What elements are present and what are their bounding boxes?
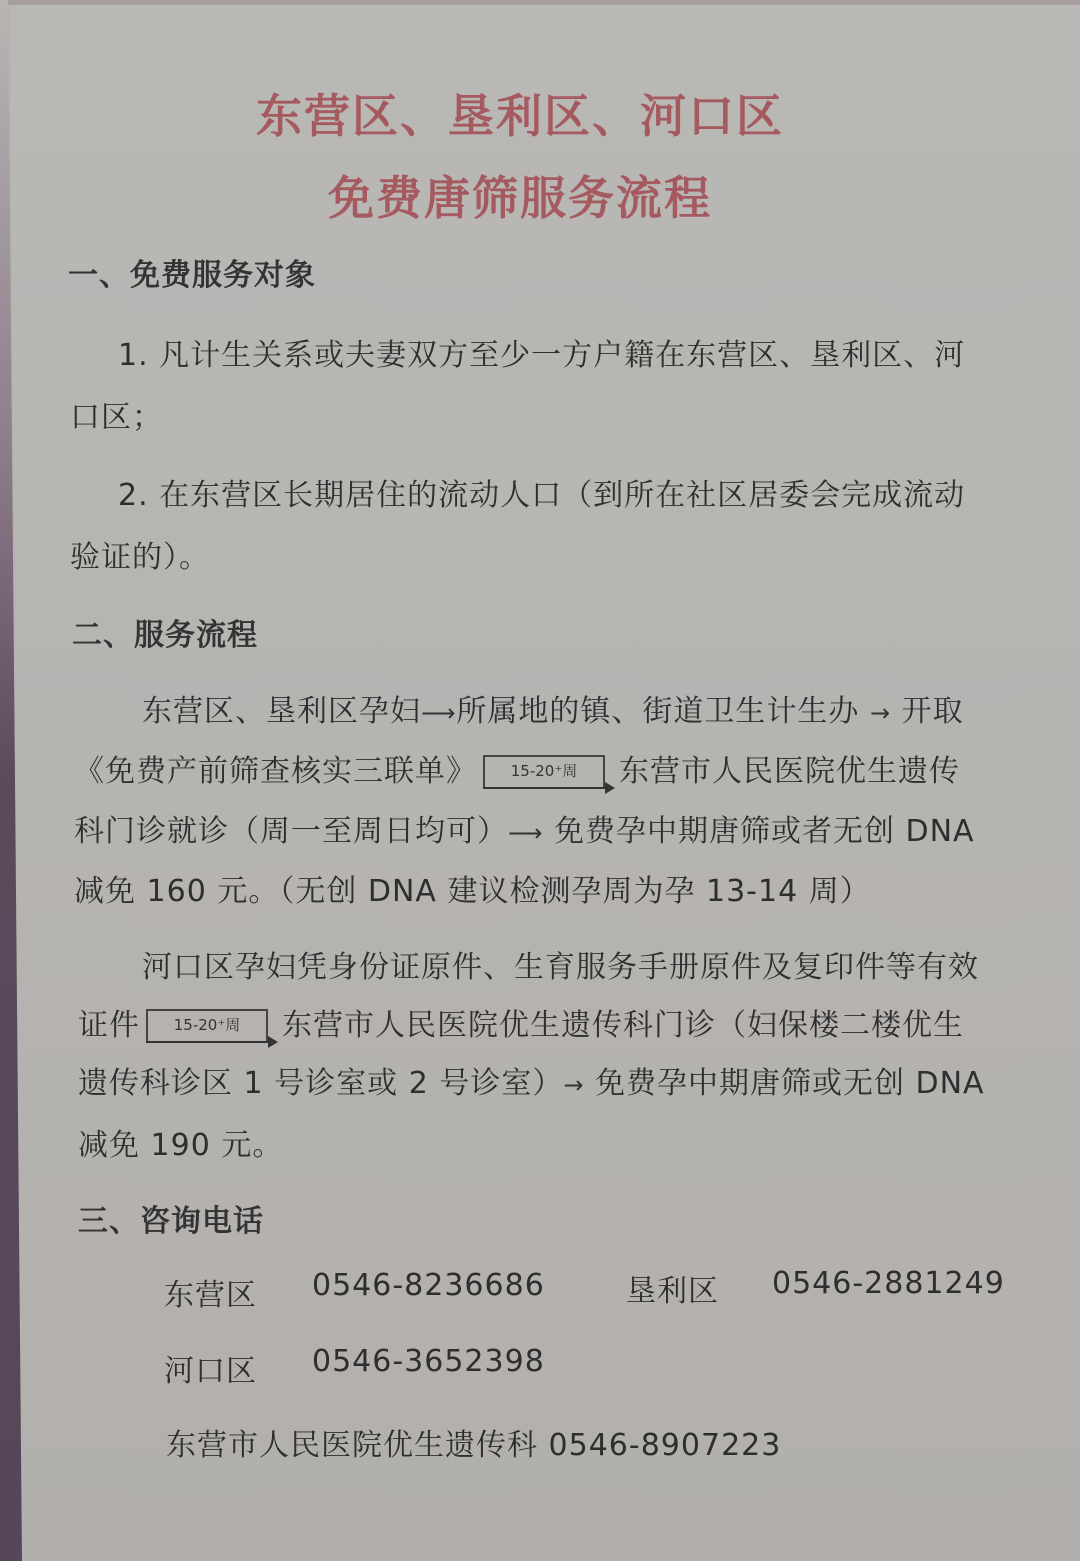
flow2-line4: 减免 190 元。: [78, 1120, 283, 1164]
flow2-line1: 河口区孕妇凭身份证原件、生育服务手册原件及复印件等有效: [142, 942, 979, 986]
flow2-screening: 免费孕中期唐筛或无创 DNA: [595, 1066, 985, 1101]
arrow-icon: →: [563, 1071, 584, 1099]
section2-heading: 二、服务流程: [72, 610, 258, 654]
arrow-line: [146, 1041, 270, 1043]
arrow-head-icon: [268, 1036, 278, 1048]
section1-item1-line2: 口区；: [70, 392, 163, 436]
flow1-form-name: 《免费产前筛查核实三联单》: [74, 754, 477, 789]
flow1-clinic-visit: 科门诊就诊（周一至周日均可）: [74, 814, 508, 849]
flow1-line1: 东营区、垦利区孕妇⟶所属地的镇、街道卫生计生办 → 开取: [142, 686, 964, 730]
flow2-line3: 遗传科诊区 1 号诊室或 2 号诊室）→ 免费孕中期唐筛或无创 DNA: [78, 1058, 985, 1102]
arrow-icon: ⟶: [421, 699, 456, 727]
flow2-week-arrow-box: 15-20⁺周: [146, 1009, 266, 1045]
gestation-week-label: 15-20⁺周: [483, 755, 605, 787]
contact-phone-kenli[interactable]: 0546-2881249: [772, 1266, 1005, 1301]
contact-name-kenli: 垦利区: [626, 1266, 719, 1310]
section1-heading: 一、免费服务对象: [68, 250, 316, 294]
flow2-clinic-rooms: 遗传科诊区 1 号诊室或 2 号诊室）: [78, 1066, 563, 1101]
flow1-step-health-office: 所属地的镇、街道卫生计生办: [456, 694, 859, 729]
flow1-step-obtain: 开取: [902, 694, 964, 729]
flow2-hospital: 东营市人民医院优生遗传科门诊（妇保楼二楼优生: [282, 1008, 964, 1043]
flow1-step-pregnant-women: 东营区、垦利区孕妇: [142, 694, 421, 729]
section1-item2-line1: 2. 在东营区长期居住的流动人口（到所在社区居委会完成流动: [118, 470, 965, 514]
flow1-line2: 《免费产前筛查核实三联单》15-20⁺周东营市人民医院优生遗传: [74, 746, 960, 791]
arrow-line: [483, 787, 607, 789]
flow1-screening: 免费孕中期唐筛或者无创 DNA: [554, 814, 975, 849]
flow1-line3: 科门诊就诊（周一至周日均可）⟶ 免费孕中期唐筛或者无创 DNA: [74, 806, 975, 850]
flow2-line2: 证件15-20⁺周东营市人民医院优生遗传科门诊（妇保楼二楼优生: [78, 1000, 964, 1045]
section1-item1-line1: 1. 凡计生关系或夫妻双方至少一方户籍在东营区、垦利区、河: [118, 330, 965, 374]
paper-top-edge: [0, 0, 1080, 5]
flow2-documents: 证件: [78, 1008, 140, 1043]
section3-heading: 三、咨询电话: [78, 1196, 264, 1240]
title-line-2: 免费唐筛服务流程: [0, 162, 1060, 228]
contact-name-hospital: 东营市人民医院优生遗传科: [166, 1428, 538, 1463]
contact-hospital: 东营市人民医院优生遗传科 0546-8907223: [166, 1420, 781, 1464]
arrow-icon: ⟶: [508, 819, 543, 847]
flow1-line4: 减免 160 元。（无创 DNA 建议检测孕周为孕 13-14 周）: [74, 866, 871, 910]
arrow-icon: →: [870, 699, 891, 727]
contact-name-dongying: 东营区: [164, 1270, 257, 1314]
section1-item2-line2: 验证的）。: [70, 532, 210, 576]
title-line-1: 东营区、垦利区、河口区: [0, 80, 1060, 146]
contact-phone-dongying[interactable]: 0546-8236686: [312, 1268, 545, 1303]
contact-phone-hospital[interactable]: 0546-8907223: [549, 1428, 782, 1463]
flow1-hospital: 东营市人民医院优生遗传: [619, 754, 960, 789]
contact-name-hekou: 河口区: [164, 1346, 257, 1390]
contact-phone-hekou[interactable]: 0546-3652398: [312, 1344, 545, 1379]
flow1-week-arrow-box: 15-20⁺周: [483, 755, 603, 791]
arrow-head-icon: [605, 782, 615, 794]
gestation-week-label: 15-20⁺周: [146, 1009, 268, 1041]
